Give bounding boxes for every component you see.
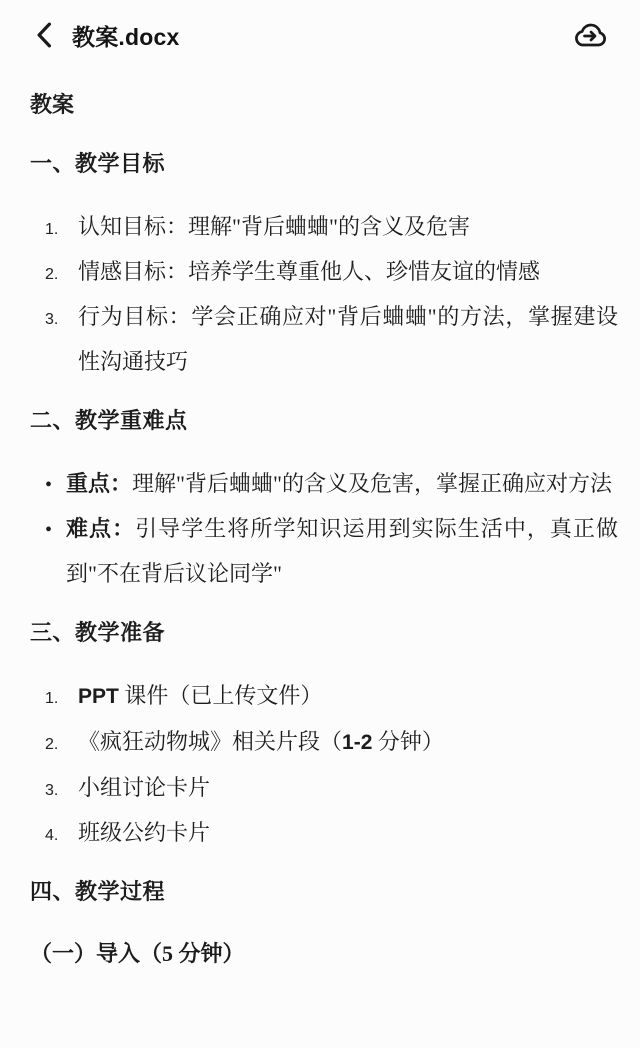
list-number: 4. bbox=[45, 827, 78, 845]
objectives-list: 1. 认知目标：理解"背后蛐蛐"的含义及危害 2. 情感目标：培养学生尊重他人、… bbox=[45, 204, 618, 384]
list-item: 1. PPT 课件（已上传文件） bbox=[45, 673, 618, 719]
list-text: 《疯狂动物城》相关片段（1-2 分钟） bbox=[78, 719, 618, 765]
list-number: 2. bbox=[45, 736, 78, 754]
list-item: 3. 行为目标：学会正确应对"背后蛐蛐"的方法，掌握建设性沟通技巧 bbox=[45, 294, 618, 384]
list-text: 行为目标：学会正确应对"背后蛐蛐"的方法，掌握建设性沟通技巧 bbox=[78, 294, 618, 384]
bullet-item: • 难点：引导学生将所学知识运用到实际生活中，真正做到"不在背后议论同学" bbox=[45, 506, 618, 596]
section-heading-objectives: 一、教学目标 bbox=[30, 141, 618, 186]
bullet-lead: 重点： bbox=[66, 471, 132, 496]
list-number: 3. bbox=[45, 311, 78, 329]
text-latin: 1-2 bbox=[342, 731, 372, 754]
doc-title: 教案 bbox=[30, 82, 618, 127]
section-heading-process: 四、教学过程 bbox=[30, 869, 618, 914]
bullet-text: 难点：引导学生将所学知识运用到实际生活中，真正做到"不在背后议论同学" bbox=[66, 506, 618, 596]
chevron-left-icon bbox=[36, 22, 52, 48]
bullet-body: 引导学生将所学知识运用到实际生活中，真正做到"不在背后议论同学" bbox=[66, 516, 618, 586]
text-post: 分钟） bbox=[372, 729, 444, 754]
section-heading-preparation: 三、教学准备 bbox=[30, 610, 618, 655]
cloud-share-button[interactable] bbox=[570, 18, 610, 52]
list-item: 3. 小组讨论卡片 bbox=[45, 765, 618, 810]
back-button[interactable] bbox=[36, 22, 52, 48]
list-item: 2. 《疯狂动物城》相关片段（1-2 分钟） bbox=[45, 719, 618, 765]
list-text: 认知目标：理解"背后蛐蛐"的含义及危害 bbox=[78, 204, 618, 249]
bullet-marker: • bbox=[45, 519, 66, 542]
list-item: 4. 班级公约卡片 bbox=[45, 810, 618, 855]
list-number: 2. bbox=[45, 266, 78, 284]
text-pre: 《疯狂动物城》相关片段（ bbox=[78, 729, 342, 754]
bullet-text: 重点：理解"背后蛐蛐"的含义及危害，掌握正确应对方法 bbox=[66, 461, 618, 506]
bullet-lead: 难点： bbox=[66, 516, 135, 541]
preparation-list: 1. PPT 课件（已上传文件） 2. 《疯狂动物城》相关片段（1-2 分钟） … bbox=[45, 673, 618, 855]
subsection-heading-intro: （一）导入（5 分钟） bbox=[30, 931, 618, 976]
list-text: PPT 课件（已上传文件） bbox=[78, 673, 618, 719]
document-page[interactable]: 教案 一、教学目标 1. 认知目标：理解"背后蛐蛐"的含义及危害 2. 情感目标… bbox=[0, 82, 640, 976]
list-number: 1. bbox=[45, 690, 78, 708]
bullet-marker: • bbox=[45, 474, 66, 497]
header-bar: 教案.docx bbox=[0, 0, 640, 56]
text-pre: 班级公约卡片 bbox=[78, 820, 210, 845]
file-title: 教案.docx bbox=[72, 19, 179, 52]
section-heading-key-points: 二、教学重难点 bbox=[30, 398, 618, 443]
cloud-share-icon bbox=[570, 18, 610, 52]
text-post: 课件（已上传文件） bbox=[119, 683, 323, 708]
list-number: 1. bbox=[45, 221, 78, 239]
list-text: 小组讨论卡片 bbox=[78, 765, 618, 810]
key-points-list: • 重点：理解"背后蛐蛐"的含义及危害，掌握正确应对方法 • 难点：引导学生将所… bbox=[45, 461, 618, 596]
text-pre: 小组讨论卡片 bbox=[78, 775, 210, 800]
list-text: 情感目标：培养学生尊重他人、珍惜友谊的情感 bbox=[78, 249, 618, 294]
text-latin: PPT bbox=[78, 685, 119, 708]
list-item: 2. 情感目标：培养学生尊重他人、珍惜友谊的情感 bbox=[45, 249, 618, 294]
list-text: 班级公约卡片 bbox=[78, 810, 618, 855]
list-number: 3. bbox=[45, 782, 78, 800]
list-item: 1. 认知目标：理解"背后蛐蛐"的含义及危害 bbox=[45, 204, 618, 249]
bullet-item: • 重点：理解"背后蛐蛐"的含义及危害，掌握正确应对方法 bbox=[45, 461, 618, 506]
bullet-body: 理解"背后蛐蛐"的含义及危害，掌握正确应对方法 bbox=[132, 471, 612, 496]
